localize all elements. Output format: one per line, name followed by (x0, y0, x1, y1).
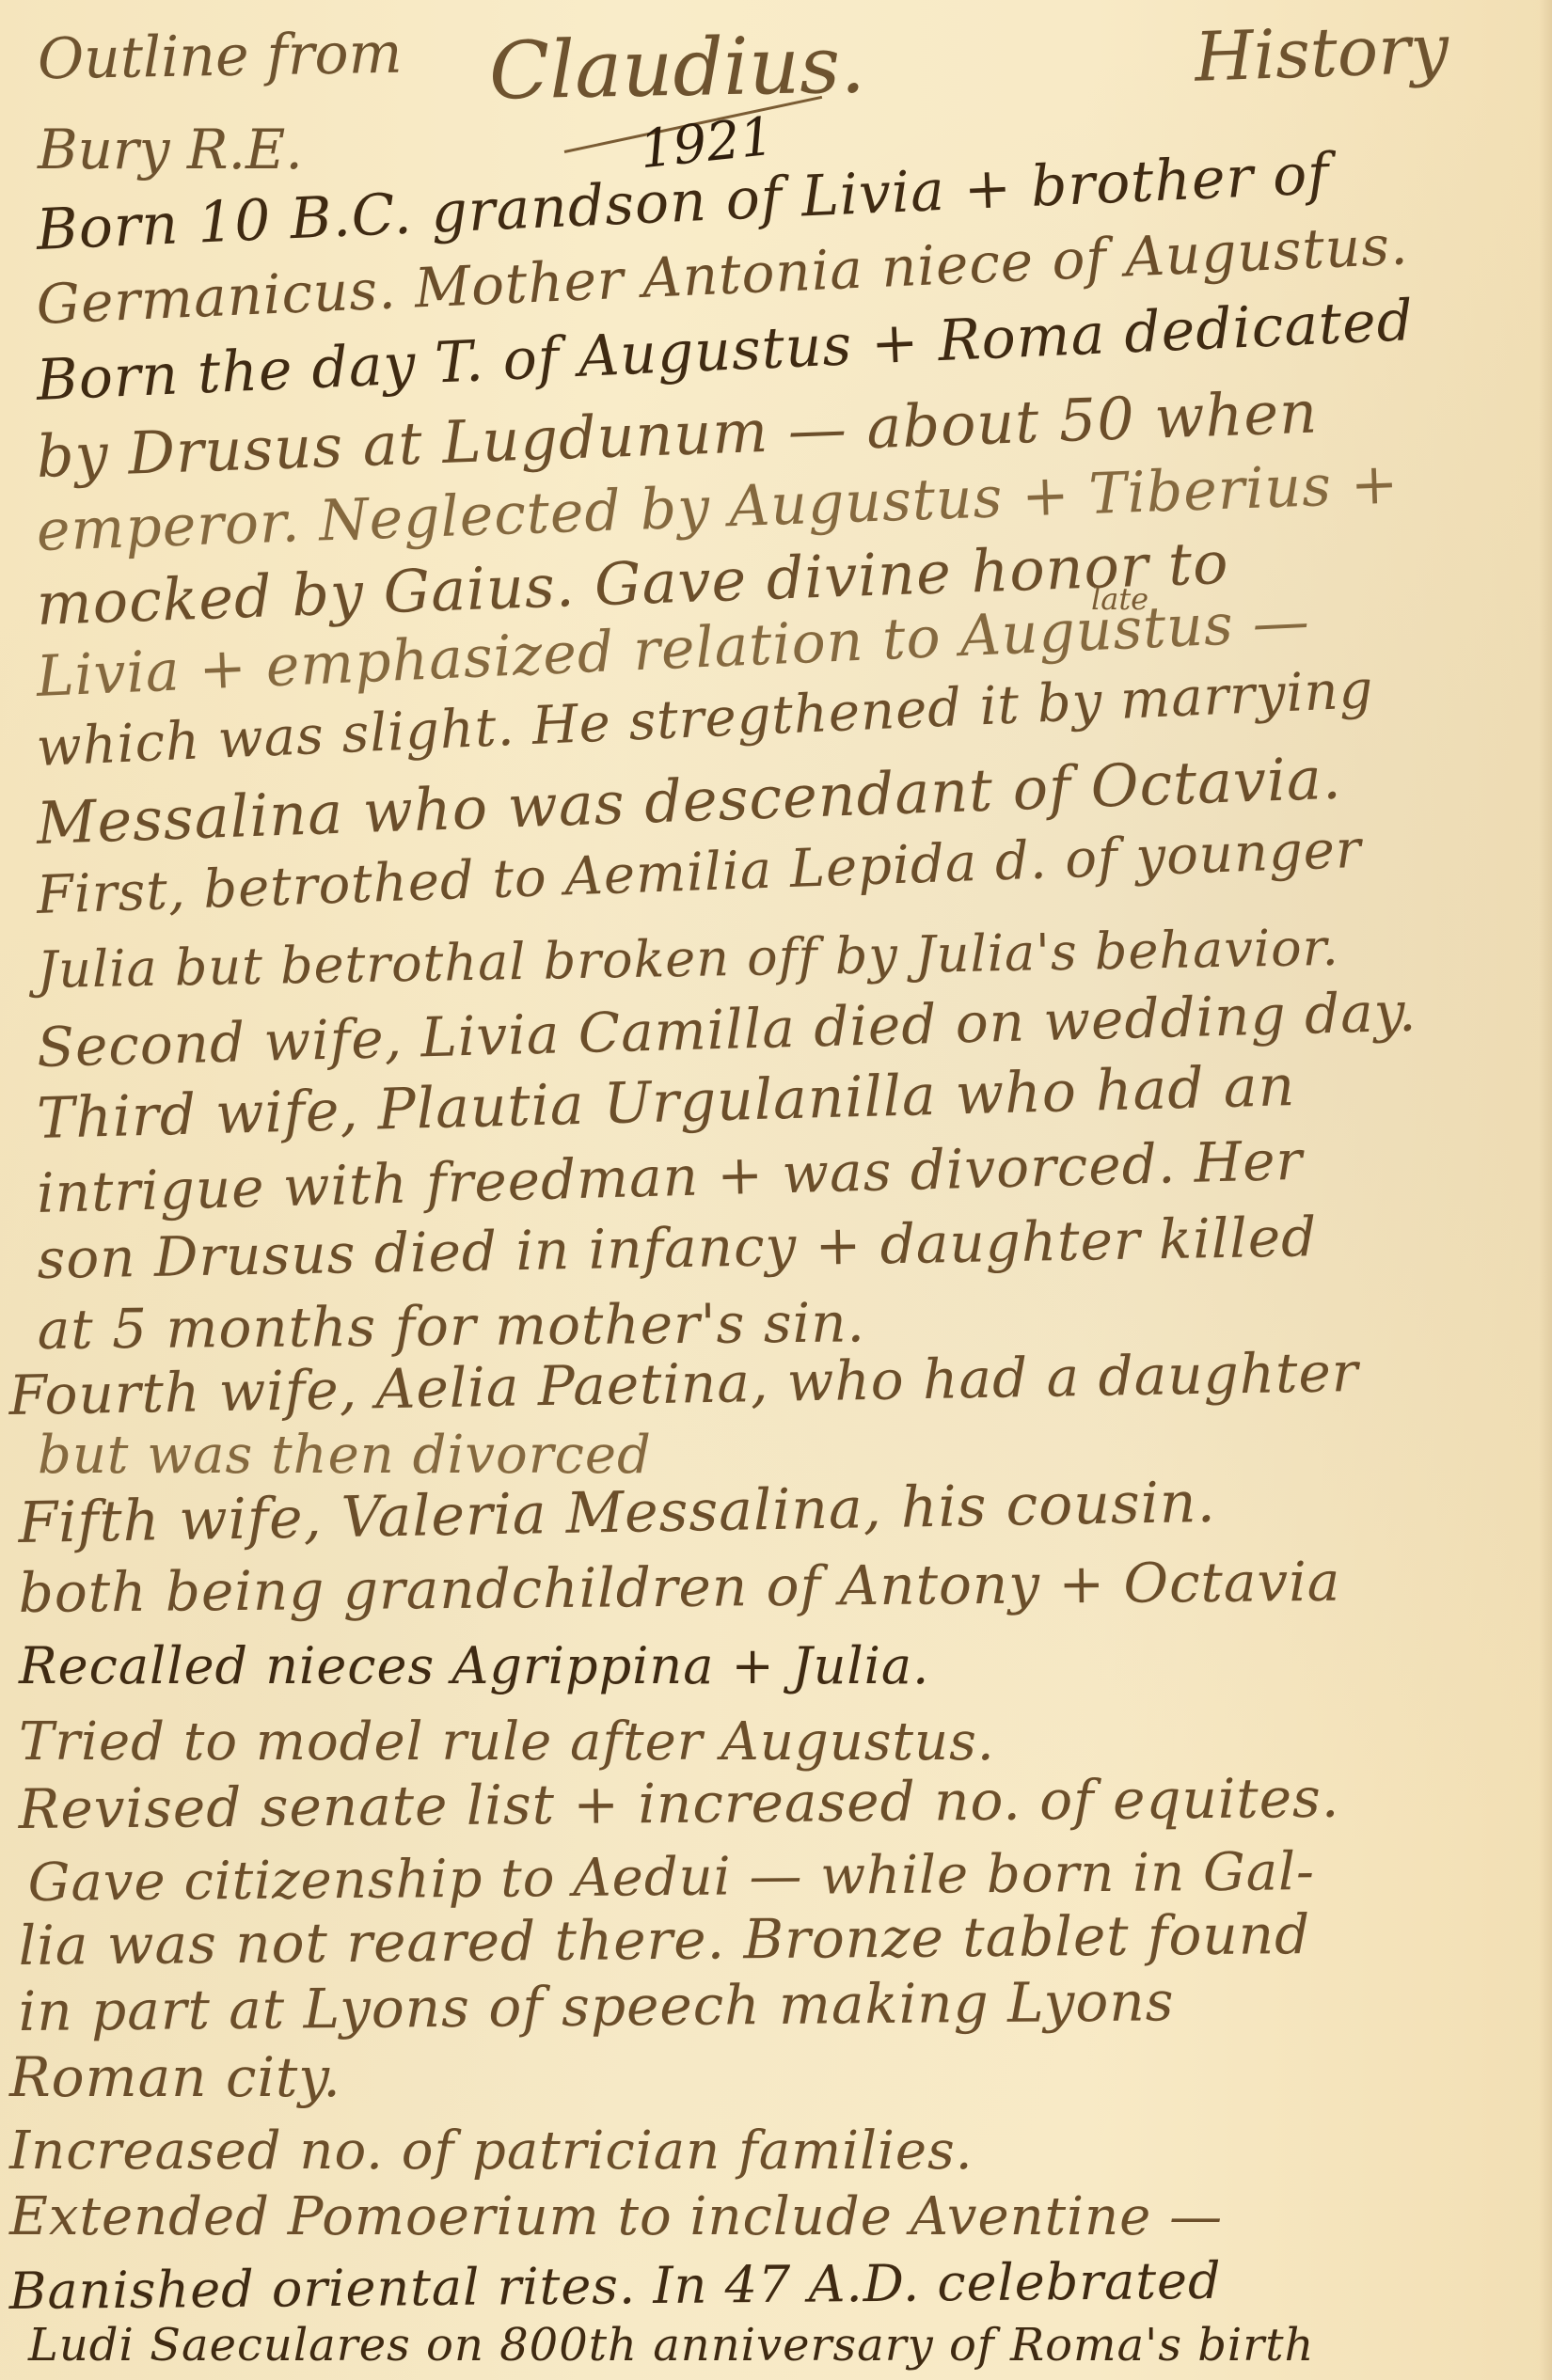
text-line-23: Revised senate list + increased no. of e… (18, 1771, 1339, 1836)
text-line-16: at 5 months for mother's sin. (37, 1295, 865, 1357)
text-line-15: son Drusus died in infancy + daughter ki… (37, 1209, 1318, 1286)
text-line-28: Increased no. of patrician families. (9, 2125, 974, 2178)
text-line-22: Tried to model rule after Augustus. (19, 1716, 995, 1769)
text-line-20: both being grandchildren of Antony + Oct… (18, 1554, 1340, 1620)
text-line-21: Recalled nieces Agrippina + Julia. (19, 1641, 929, 1692)
page-edge-shadow (1539, 0, 1552, 2380)
author-label: Bury R.E. (38, 122, 303, 177)
text-line-26: in part at Lyons of speech making Lyons (18, 1974, 1174, 2039)
text-line-27: Roman city. (9, 2050, 341, 2104)
notebook-page: Outline from Claudius. History Bury R.E.… (0, 0, 1552, 2380)
outline-from-label: Outline from (38, 25, 403, 88)
text-line-11: Julia but betrothal broken off by Julia'… (37, 922, 1339, 996)
text-line-29: Extended Pomoerium to include Aventine — (9, 2191, 1223, 2244)
text-line-30: Banished oriental rites. In 47 A.D. cele… (9, 2256, 1222, 2317)
text-line-18: but was then divorced (38, 1429, 652, 1482)
text-line-24: Gave citizenship to Aedui — while born i… (28, 1846, 1316, 1910)
subject-label: History (1194, 14, 1449, 90)
text-line-19: Fifth wife, Valeria Messalina, his cousi… (18, 1474, 1216, 1552)
text-line-31: Ludi Saeculares on 800th anniversary of … (28, 2323, 1314, 2368)
text-line-25: lia was not reared there. Bronze tablet … (18, 1907, 1310, 1973)
